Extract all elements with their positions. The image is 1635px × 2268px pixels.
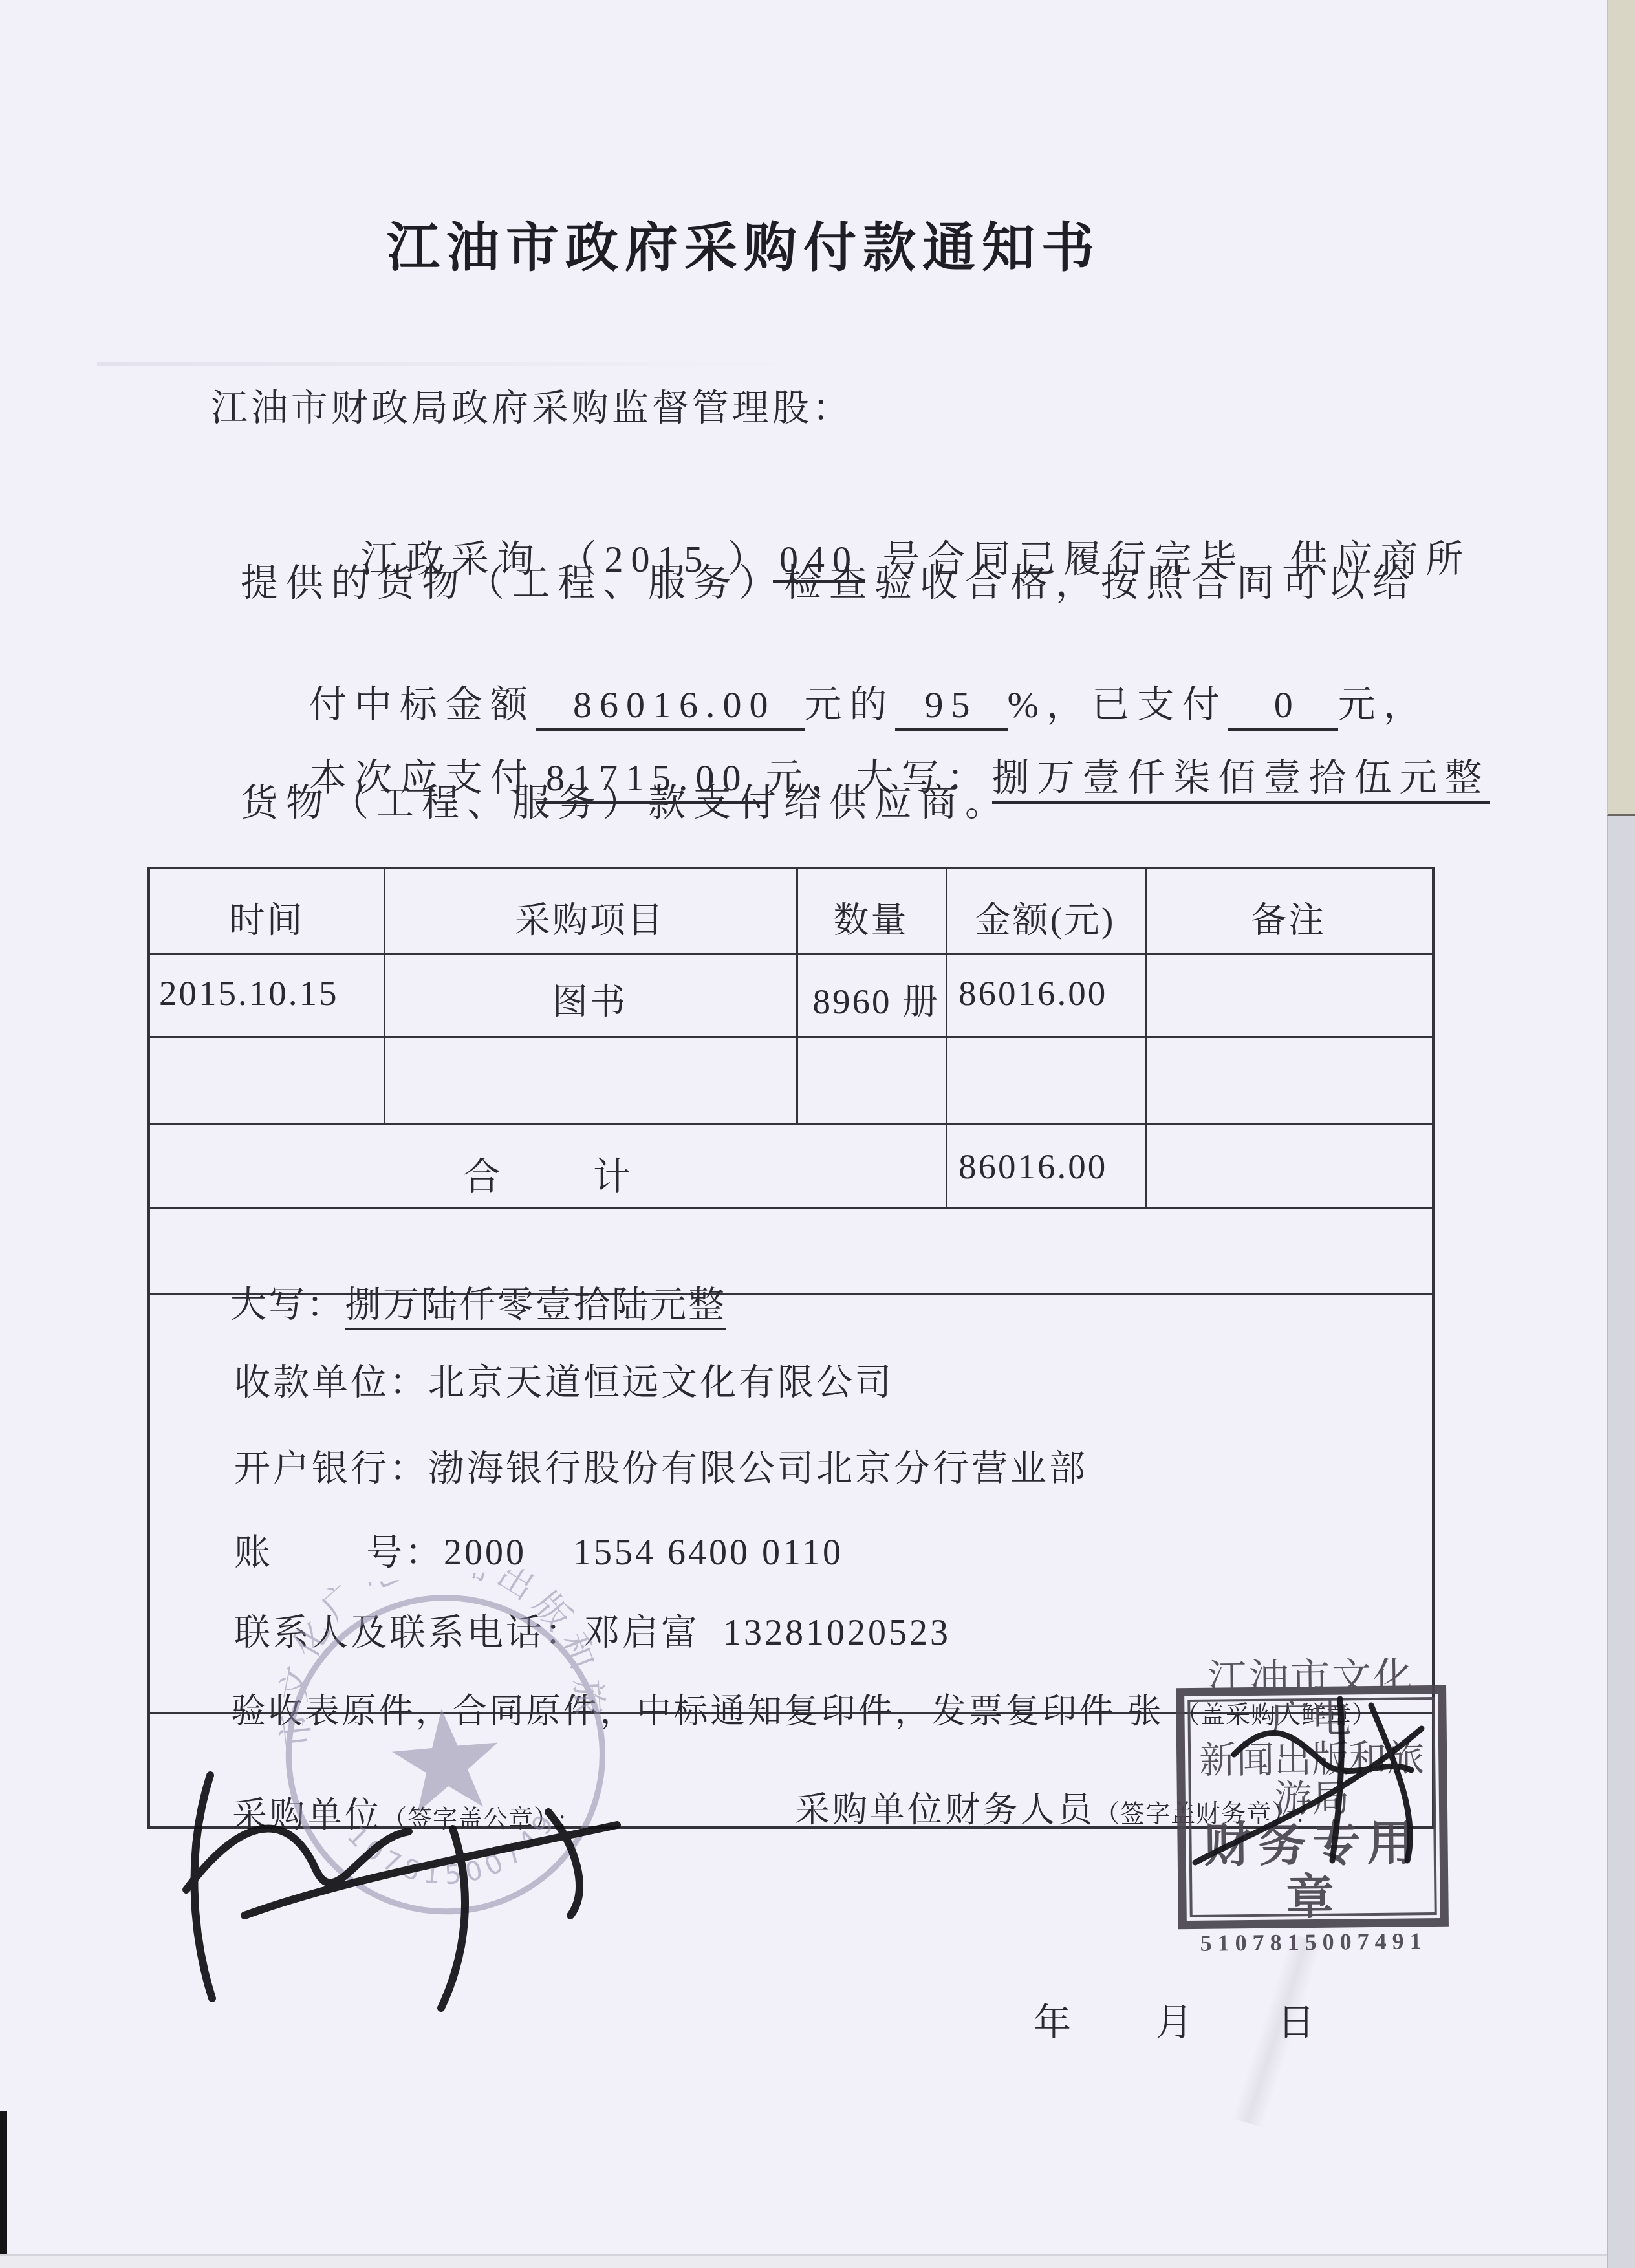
table-rule bbox=[150, 1207, 1432, 1209]
svg-text:江油市文化广电新闻出版和旅游局: 江油市文化广电新闻出版和旅游局 bbox=[263, 1562, 611, 1753]
total-amount: 86016.00 bbox=[958, 1146, 1107, 1187]
col-header-remark: 备注 bbox=[1145, 891, 1432, 942]
row-amount: 86016.00 bbox=[958, 973, 1107, 1013]
payee-value: 北京天道恒远文化有限公司 bbox=[428, 1363, 894, 1403]
scan-edge-right bbox=[1607, 816, 1635, 2268]
scanned-payment-notice: 江油市政府采购付款通知书 江油市财政局政府采购监督管理股： 江政采询 （2015… bbox=[0, 0, 1635, 2268]
date-line: 年 月 日 bbox=[1034, 1992, 1390, 2046]
row-item: 图书 bbox=[384, 973, 796, 1024]
stamp-purpose: 财务专用章 bbox=[1191, 1818, 1435, 1926]
date-month-label: 月 bbox=[1156, 2002, 1193, 2044]
col-header-amount: 金额(元) bbox=[946, 891, 1145, 942]
row-qty: 8960 册 bbox=[796, 973, 957, 1024]
scan-edge-top-right bbox=[1607, 0, 1635, 816]
paragraph-line-2: 提供的货物（工程、服务）检查验收合格，按照合同可以给 bbox=[241, 559, 1418, 607]
finance-stamp-inner-border: 江油市文化广电 新闻出版和旅游局 财务专用章 5107815007491 bbox=[1187, 1697, 1437, 1917]
row-time: 2015.10.15 bbox=[159, 973, 339, 1013]
payee-label: 收款单位： bbox=[234, 1363, 428, 1403]
paragraph-line-5: 货物（工程、服务）款支付给供应商。 bbox=[241, 779, 1010, 827]
finance-square-stamp: 江油市文化广电 新闻出版和旅游局 财务专用章 5107815007491 bbox=[1176, 1685, 1449, 1929]
scan-edge-left-dark bbox=[0, 2111, 7, 2254]
total-label: 合 计 bbox=[150, 1146, 946, 1200]
stamp-star-icon bbox=[389, 1704, 504, 1815]
finance-label: 采购单位财务人员 bbox=[795, 1791, 1095, 1830]
col-header-time: 时间 bbox=[150, 891, 384, 942]
round-official-stamp: 江油市文化广电新闻出版和旅游局 5107815007490 bbox=[263, 1562, 627, 1933]
col-header-item: 采购项目 bbox=[384, 891, 796, 942]
stamp-org-line2: 新闻出版和旅游局 bbox=[1191, 1740, 1433, 1821]
salutation-line: 江油市财政局政府采购监督管理股： bbox=[211, 378, 852, 431]
document-title: 江油市政府采购付款通知书 bbox=[0, 206, 1488, 281]
date-year-label: 年 bbox=[1034, 2002, 1071, 2044]
table-rule bbox=[150, 953, 1432, 955]
paper-crease bbox=[97, 362, 808, 366]
due-amount-words: 捌万壹仟柒佰壹拾伍元整 bbox=[992, 757, 1490, 804]
table-rule bbox=[150, 1036, 1432, 1038]
col-header-qty: 数量 bbox=[796, 891, 946, 942]
scan-edge-bottom bbox=[0, 2254, 1607, 2268]
table-rule bbox=[150, 1123, 1432, 1125]
stamp-number: 5107815007491 bbox=[1200, 1927, 1427, 1957]
stamp-org-line1: 江油市文化广电 bbox=[1190, 1658, 1433, 1742]
date-day-label: 日 bbox=[1277, 2002, 1315, 2044]
round-stamp-org: 江油市文化广电新闻出版和旅游局 bbox=[263, 1562, 611, 1753]
